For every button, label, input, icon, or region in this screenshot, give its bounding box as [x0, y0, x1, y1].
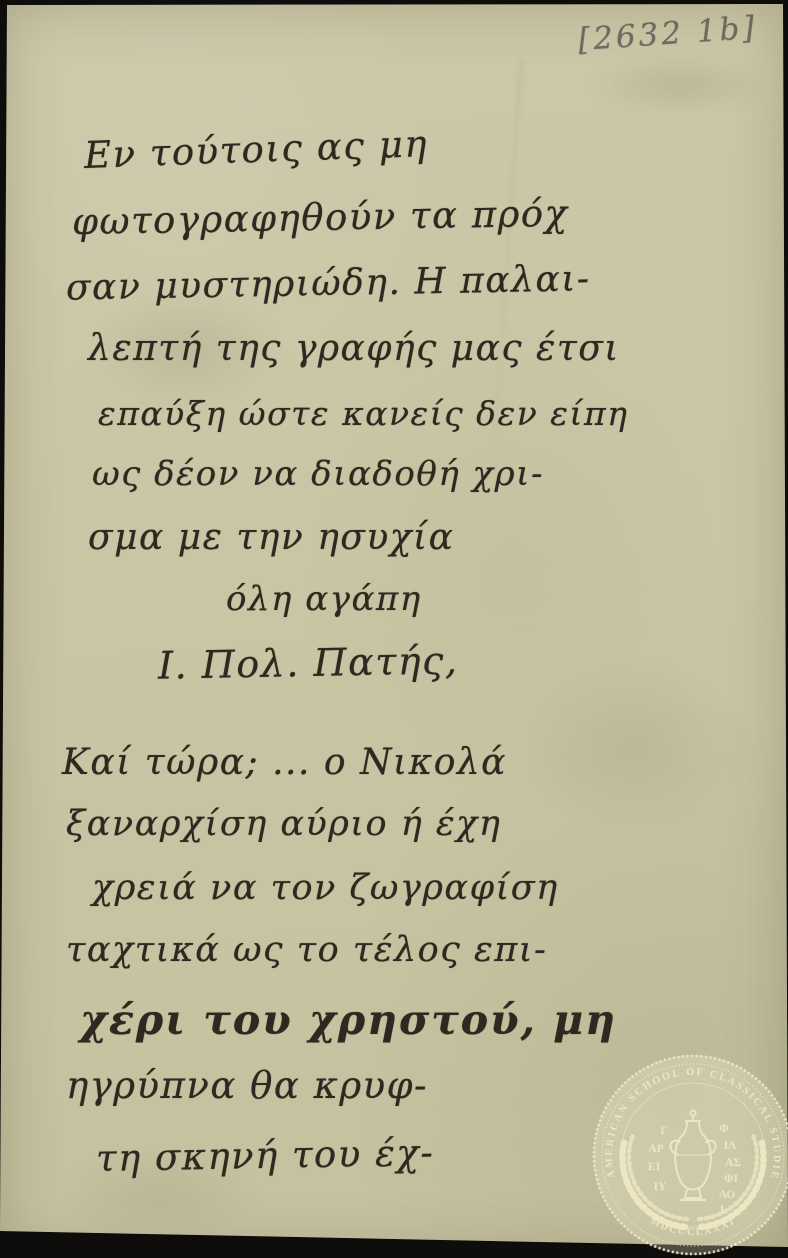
handwritten-line: λεπτή της γραφής μας έτσι — [88, 328, 620, 369]
svg-text:ΙΛ: ΙΛ — [724, 1140, 737, 1152]
svg-text:ΕΙ: ΕΙ — [648, 1161, 661, 1173]
handwritten-line: Καί τώρα; ... ο Νικολά — [62, 742, 507, 783]
svg-text:ΙΥ: ΙΥ — [654, 1181, 667, 1193]
embossed-library-seal: AMERICAN SCHOOL OF CLASSICAL STUDIES AT … — [586, 1048, 788, 1258]
handwritten-closing-line: όλη αγάπη — [226, 579, 422, 619]
handwritten-line: ως δέον να διαδοθή χρι- — [92, 454, 544, 494]
svg-text:Γ: Γ — [660, 1125, 667, 1137]
svg-text:Ι: Ι — [720, 1204, 725, 1216]
svg-text:ΑΡ: ΑΡ — [648, 1143, 663, 1155]
scan-background: [2632 1b] Εν τούτοις ας μη φωτογραφηθούν… — [0, 0, 788, 1258]
handwritten-line: τη σκηνή του έχ- — [96, 1131, 435, 1180]
handwritten-line: επαύξη ώστε κανείς δεν είπη — [98, 394, 628, 433]
svg-text:ΛΟ: ΛΟ — [719, 1189, 736, 1201]
svg-text:ΑΣ: ΑΣ — [725, 1157, 741, 1169]
handwritten-line: ξαναρχίση αύριο ή έχη — [66, 804, 501, 844]
handwritten-line: ταχτικά ως το τέλος επι- — [66, 930, 547, 970]
handwritten-line: ηγρύπνα θα κρυφ- — [66, 1064, 428, 1107]
handwritten-signature: Ι. Πολ. Πατής, — [158, 638, 459, 687]
svg-text:ΦΙ: ΦΙ — [724, 1173, 739, 1185]
svg-text:Φ: Φ — [719, 1123, 729, 1135]
handwritten-line: φωτογραφηθούν τα πρόχ — [72, 192, 569, 244]
handwritten-line: χέρι του χρηστού, μη — [80, 996, 617, 1044]
handwritten-line: σμα με την ησυχία — [88, 517, 454, 558]
handwritten-line: χρειά να τον ζωγραφίση — [92, 868, 559, 908]
